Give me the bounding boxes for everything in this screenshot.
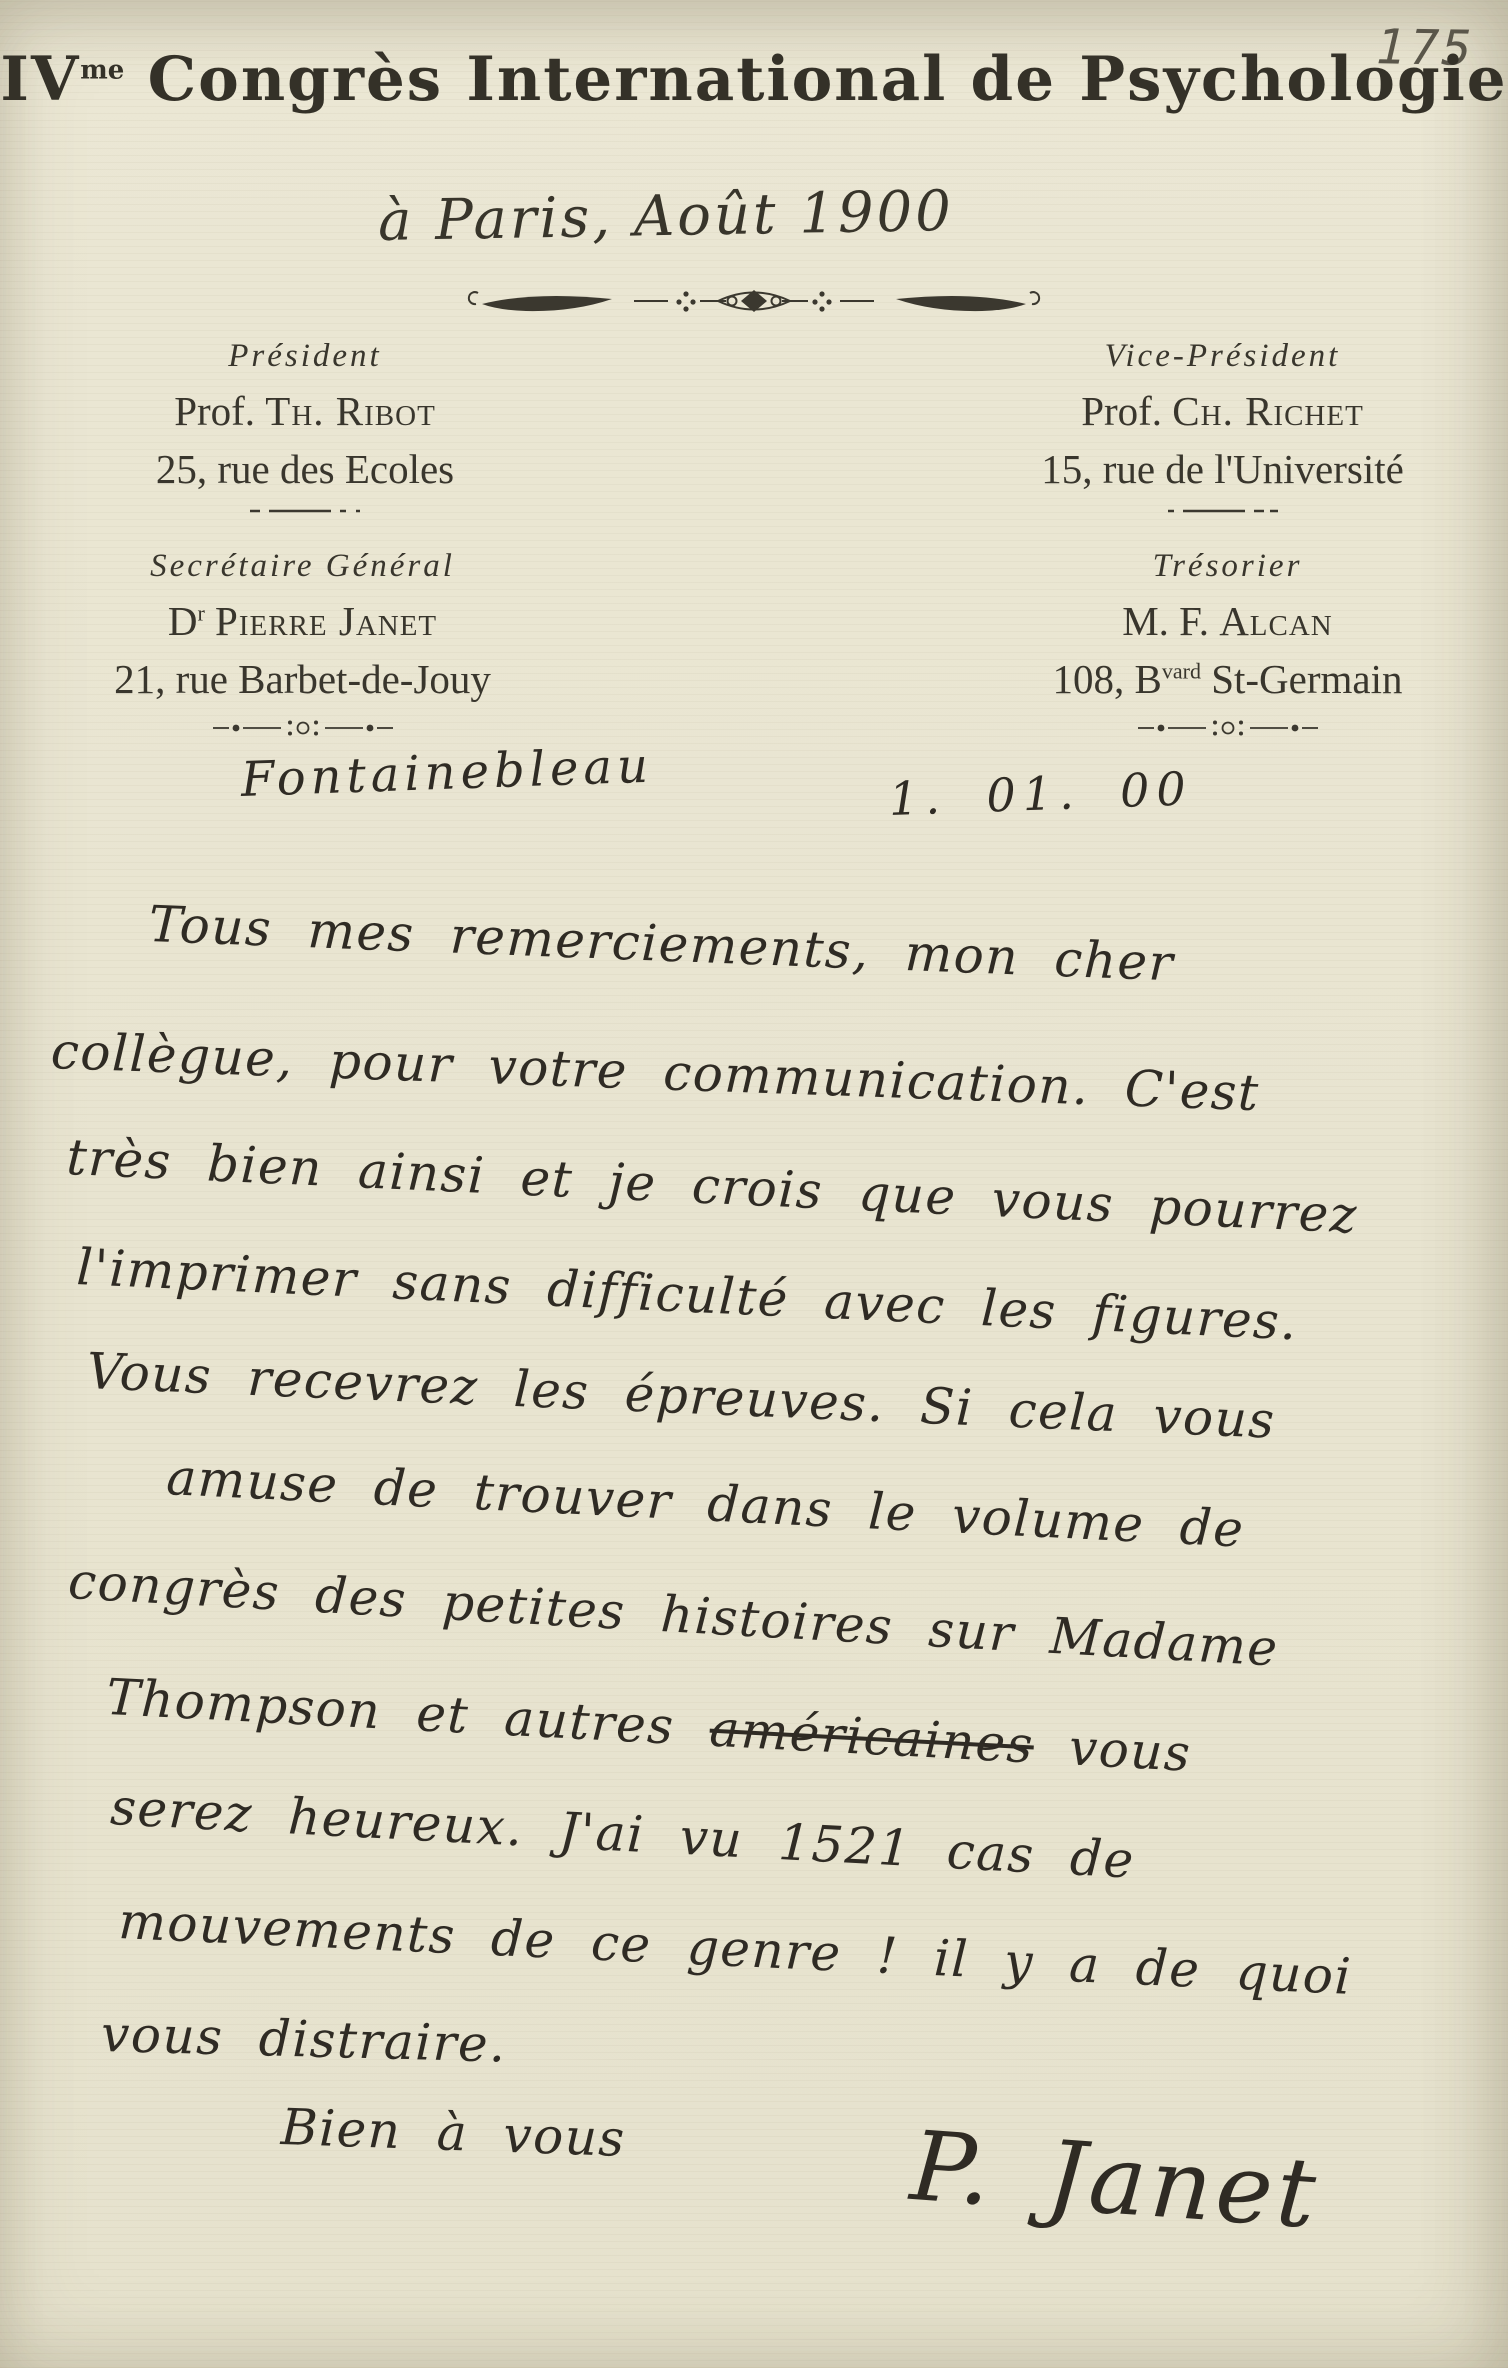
- official-secretary-general: Secrétaire Général Dr Pierre Janet 21, r…: [55, 548, 550, 739]
- official-vice-president: Vice-Président Prof. Ch. Richet 15, rue …: [985, 338, 1460, 515]
- handwritten-line: Vous recevrez les épreuves. Si cela vous: [86, 1342, 1277, 1450]
- official-name: Prof. Th. Ribot: [80, 387, 530, 435]
- handwritten-line: congrès des petites histoires sur Madame: [67, 1552, 1280, 1678]
- role-label: Président: [80, 338, 530, 375]
- handwritten-line-with-strikethrough: Thompson et autres américaines vous: [105, 1668, 1193, 1783]
- official-address: 15, rue de l'Université: [985, 445, 1460, 493]
- handwritten-line: mouvements de ce genre ! il y a de quoi: [117, 1892, 1353, 2006]
- signature: P. Janet: [907, 2110, 1323, 2250]
- handwritten-line: Tous mes remerciements, mon cher: [148, 895, 1175, 992]
- official-name: Prof. Ch. Richet: [985, 387, 1460, 435]
- handwritten-line: très bien ainsi et je crois que vous pou…: [65, 1128, 1359, 1245]
- divider-ornament-icon: [464, 278, 1044, 322]
- handwritten-line: serez heureux. J'ai vu 1521 cas de: [109, 1778, 1136, 1890]
- handwritten-closing: Bien à vous: [280, 2098, 627, 2168]
- struck-word: américaines: [708, 1700, 1035, 1775]
- letterhead-subtitle: à Paris, Août 1900: [0, 184, 1508, 249]
- official-president: Président Prof. Th. Ribot 25, rue des Ec…: [80, 338, 530, 515]
- small-ornament-icon: [213, 717, 393, 739]
- handwritten-date: 1. 01. 00: [888, 761, 1194, 826]
- official-name: M. F. Alcan: [1000, 597, 1455, 645]
- role-label: Secrétaire Général: [55, 548, 550, 585]
- official-treasurer: Trésorier M. F. Alcan 108, Bvard St-Germ…: [1000, 548, 1455, 739]
- short-rule-icon: [1168, 507, 1278, 515]
- official-address: 25, rue des Ecoles: [80, 445, 530, 493]
- letter-page: 175 IVme Congrès International de Psycho…: [0, 0, 1508, 2368]
- official-name: Dr Pierre Janet: [55, 597, 550, 645]
- small-ornament-icon: [1138, 717, 1318, 739]
- official-address: 21, rue Barbet-de-Jouy: [55, 655, 550, 703]
- short-rule-icon: [250, 507, 360, 515]
- handwritten-line: vous distraire.: [100, 2005, 507, 2074]
- congress-numeral: IV: [0, 44, 80, 115]
- role-label: Trésorier: [1000, 548, 1455, 585]
- congress-title-text: Congrès International de Psychologie: [124, 44, 1507, 115]
- handwritten-line: amuse de trouver dans le volume de: [165, 1448, 1246, 1559]
- handwritten-place: Fontainebleau: [240, 738, 654, 808]
- official-address: 108, Bvard St-Germain: [1000, 655, 1455, 703]
- congress-numeral-suffix: me: [80, 56, 124, 86]
- letterhead-title: IVme Congrès International de Psychologi…: [0, 44, 1508, 115]
- handwritten-line: collègue, pour votre communication. C'es…: [50, 1022, 1261, 1122]
- handwritten-line: l'imprimer sans difficulté avec les figu…: [75, 1238, 1299, 1351]
- role-label: Vice-Président: [985, 338, 1460, 375]
